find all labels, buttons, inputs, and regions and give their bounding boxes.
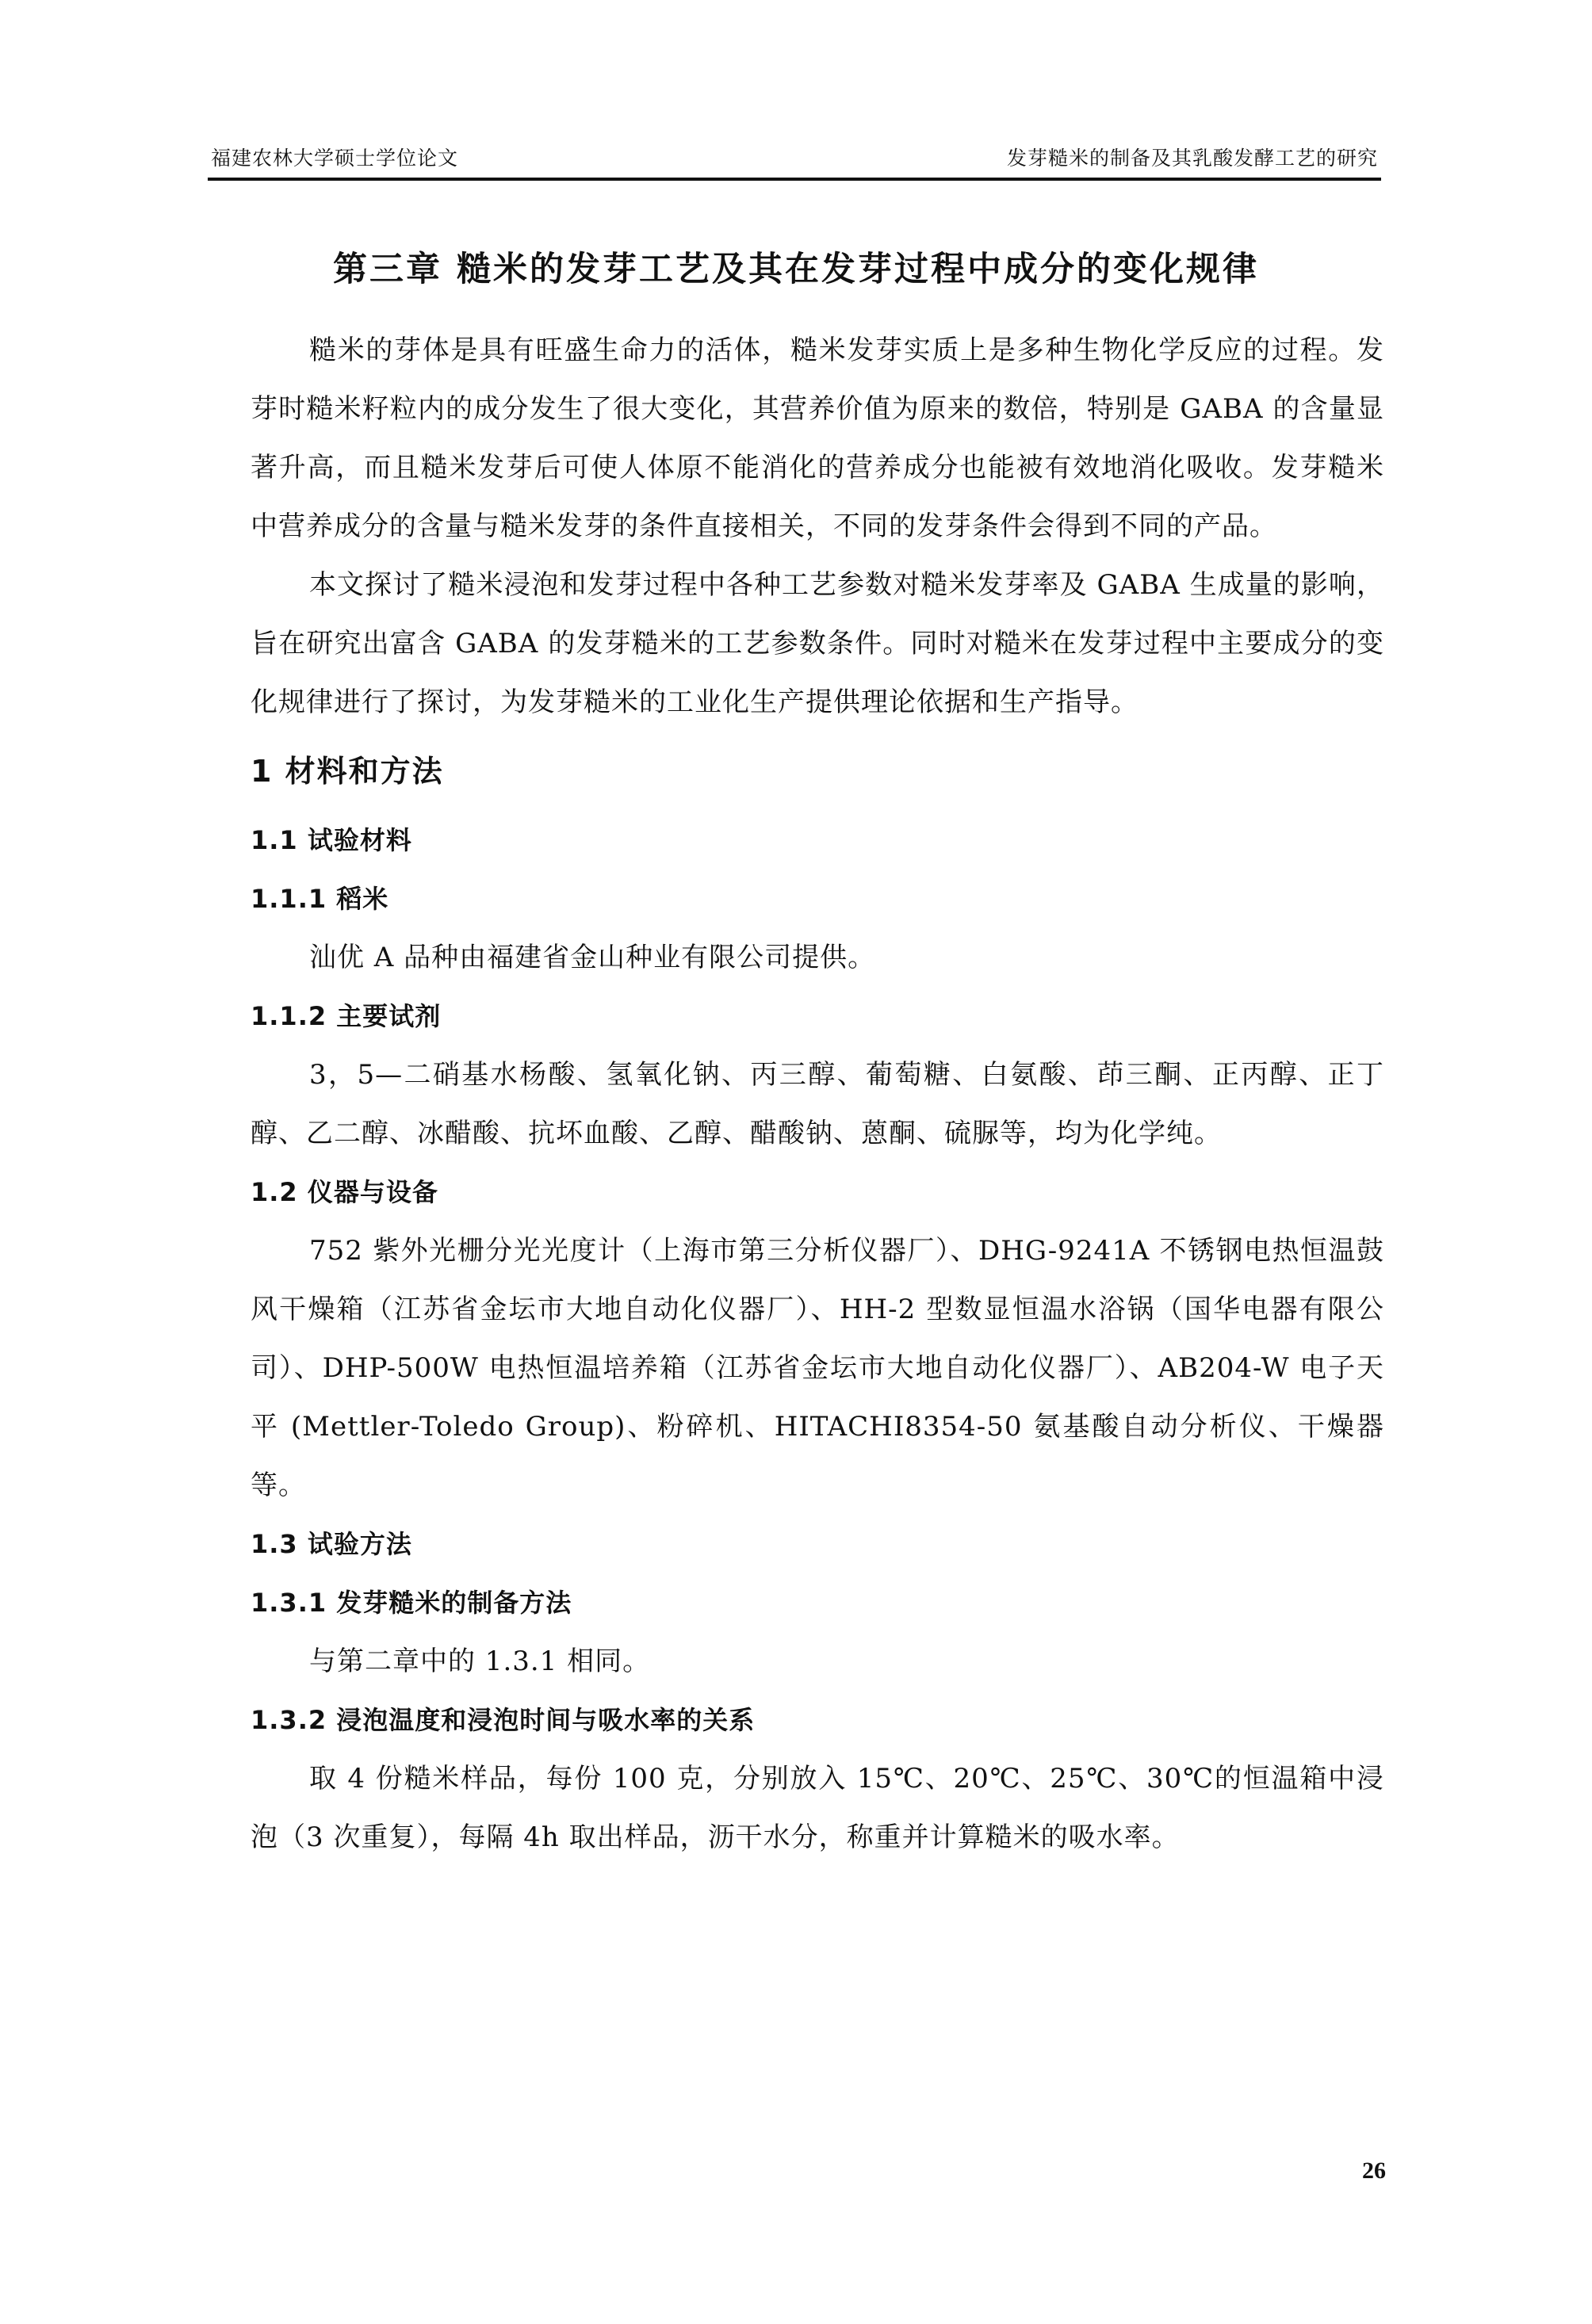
- subsubsection-heading-reagents: 1.1.2 主要试剂: [251, 987, 1384, 1045]
- page-body: 糙米的芽体是具有旺盛生命力的活体，糙米发芽实质上是多种生物化学反应的过程。发芽时…: [251, 321, 1384, 1867]
- soaking-paragraph: 取 4 份糙米样品，每份 100 克，分别放入 15℃、20℃、25℃、30℃的…: [251, 1749, 1384, 1867]
- preparation-paragraph: 与第二章中的 1.3.1 相同。: [251, 1632, 1384, 1691]
- header-thesis-title: 发芽糙米的制备及其乳酸发酵工艺的研究: [1007, 143, 1378, 171]
- chapter-title: 第三章 糙米的发芽工艺及其在发芽过程中成分的变化规律: [0, 243, 1592, 291]
- subsubsection-heading-soaking: 1.3.2 浸泡温度和浸泡时间与吸水率的关系: [251, 1691, 1384, 1749]
- intro-paragraph-2: 本文探讨了糙米浸泡和发芽过程中各种工艺参数对糙米发芽率及 GABA 生成量的影响…: [251, 556, 1384, 732]
- intro-paragraph-1: 糙米的芽体是具有旺盛生命力的活体，糙米发芽实质上是多种生物化学反应的过程。发芽时…: [251, 321, 1384, 556]
- page-number: 26: [1362, 2158, 1386, 2184]
- instruments-paragraph: 752 紫外光栅分光光度计（上海市第三分析仪器厂）、DHG-9241A 不锈钢电…: [251, 1221, 1384, 1515]
- subsection-heading-test-methods: 1.3 试验方法: [251, 1515, 1384, 1573]
- subsubsection-heading-rice: 1.1.1 稻米: [251, 870, 1384, 928]
- reagents-paragraph: 3，5—二硝基水杨酸、氢氧化钠、丙三醇、葡萄糖、白氨酸、茚三酮、正丙醇、正丁醇、…: [251, 1045, 1384, 1163]
- section-heading-materials-methods: 1 材料和方法: [251, 732, 1384, 811]
- rice-source-paragraph: 汕优 A 品种由福建省金山种业有限公司提供。: [251, 928, 1384, 987]
- subsubsection-heading-preparation: 1.3.1 发芽糙米的制备方法: [251, 1573, 1384, 1632]
- running-header: 福建农林大学硕士学位论文 发芽糙米的制备及其乳酸发酵工艺的研究: [208, 141, 1381, 181]
- subsection-heading-instruments: 1.2 仪器与设备: [251, 1163, 1384, 1221]
- subsection-heading-test-materials: 1.1 试验材料: [251, 811, 1384, 870]
- header-university: 福建农林大学硕士学位论文: [211, 143, 458, 171]
